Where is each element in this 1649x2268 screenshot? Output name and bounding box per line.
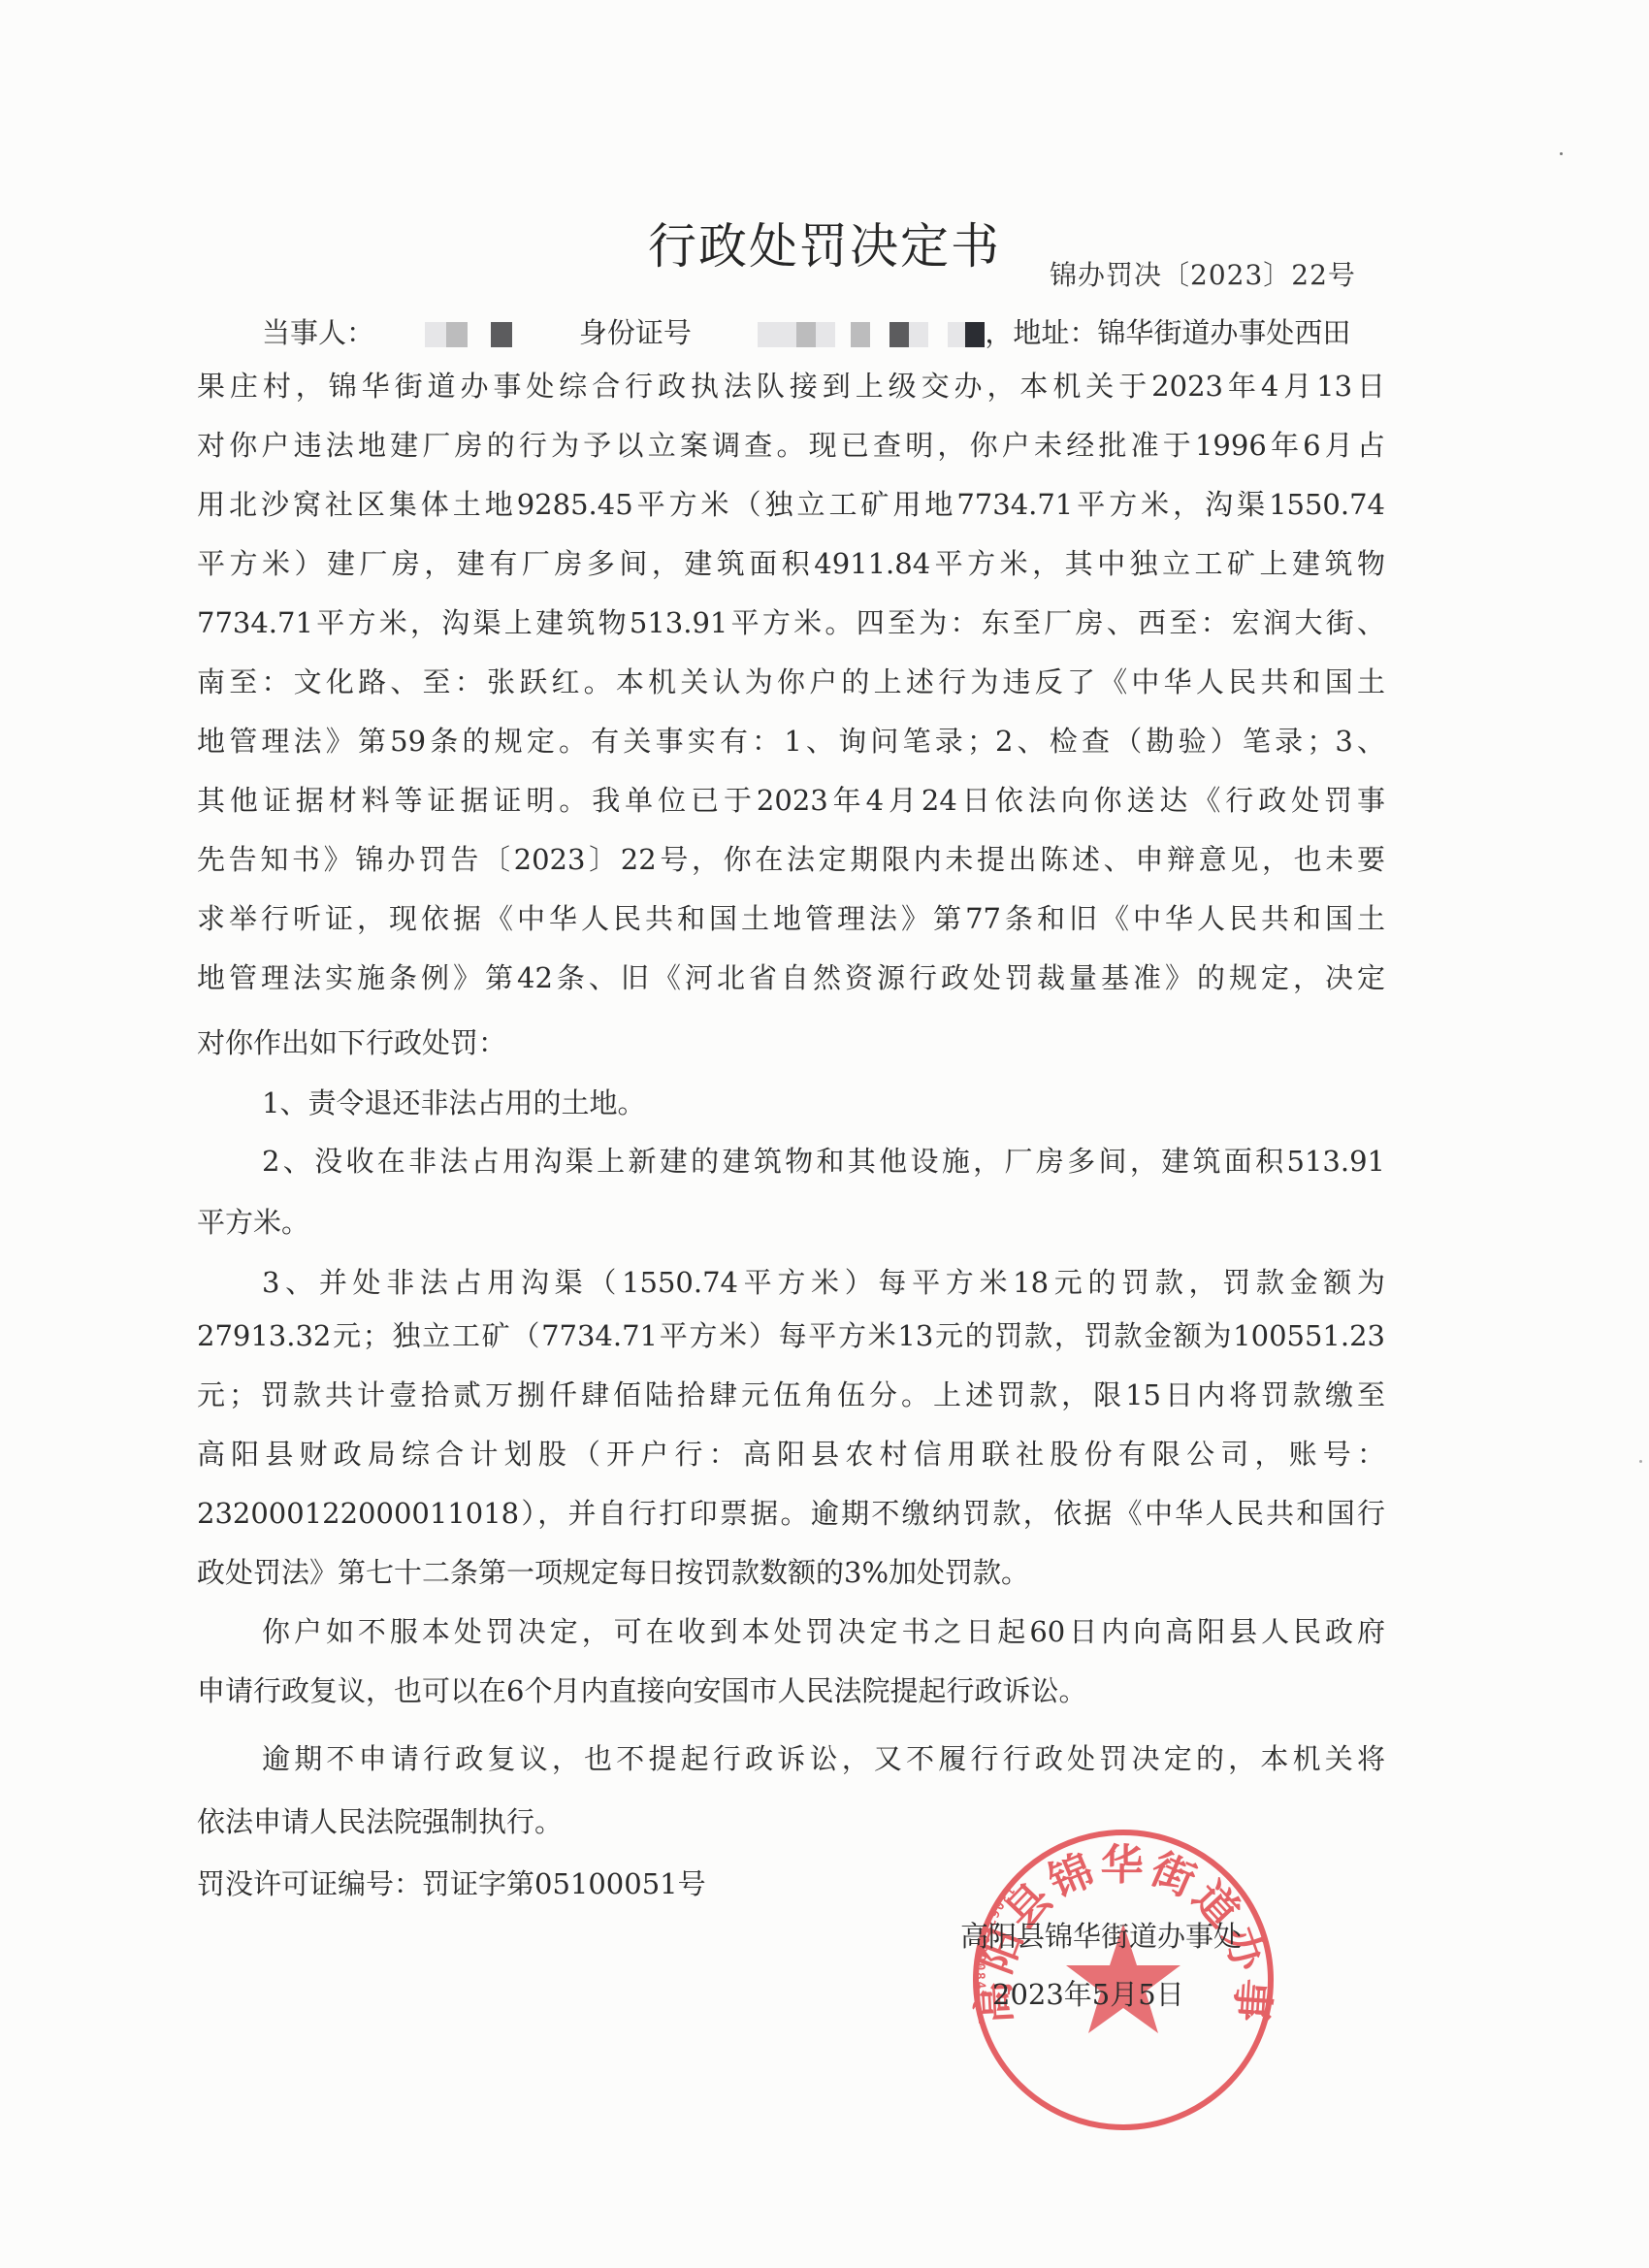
issue-date: 2023年5月5日 [992,1973,1184,2013]
appeal-text: 你户如不服本处罚决定，可在收到本处罚决定书之日起60日内向高阳县人民政府 [262,1614,1385,1649]
penalty-item-3-cont: 27913.32元；独立工矿（7734.71平方米）每平方米13元的罚款，罚款金… [197,1318,1385,1353]
penalty-item-3-cont: 232000122000011018），并自行打印票据。逾期不缴纳罚款，依据《中… [197,1496,1385,1531]
redacted-id-part [851,322,870,347]
redacted-name-part [446,322,468,347]
penalty-item-2-cont: 平方米。 [197,1205,1385,1240]
redacted-id-part [965,322,985,347]
redacted-id [758,322,796,347]
body-line: 用北沙窝社区集体土地9285.45平方米（独立工矿用地7734.71平方米，沟渠… [197,487,1385,522]
appeal-text-cont: 申请行政复议，也可以在6个月内直接向安国市人民法院提起行政诉讼。 [197,1673,1385,1708]
document-title: 行政处罚决定书 [0,208,1649,277]
body-line: 南至：文化路、至：张跃红。本机关认为你户的上述行为违反了《中华人民共和国土 [197,664,1385,699]
redacted-id-part [796,322,816,347]
redacted-id-part [816,322,835,347]
issuing-authority: 高阳县锦华街道办事处 [960,1915,1242,1955]
body-line: 地管理法实施条例》第42条、旧《河北省自然资源行政处罚裁量基准》的规定，决定 [197,960,1385,995]
penalty-item-1: 1、责令退还非法占用的土地。 [262,1085,1385,1120]
scan-speck [1639,1460,1642,1463]
body-line: 先告知书》锦办罚告〔2023〕22号，你在法定期限内未提出陈述、申辩意见，也未要 [197,842,1385,877]
enforcement-text: 逾期不申请行政复议，也不提起行政诉讼，又不履行行政处罚决定的，本机关将 [262,1741,1385,1776]
body-line: 果庄村，锦华街道办事处综合行政执法队接到上级交办，本机关于2023年4月13日 [197,369,1385,404]
body-line: 求举行听证，现依据《中华人民共和国土地管理法》第77条和旧《中华人民共和国土 [197,901,1385,936]
redacted-name-part [491,322,512,347]
body-line: 7734.71平方米，沟渠上建筑物513.91平方米。四至为：东至厂房、西至：宏… [197,605,1385,640]
redacted-id-part [889,322,909,347]
penalty-item-2: 2、没收在非法占用沟渠上新建的建筑物和其他设施，厂房多间，建筑面积513.91 [262,1144,1385,1179]
redacted-name [425,322,446,347]
redacted-id-part [948,322,965,347]
penalty-item-3: 3、并处非法占用沟渠（1550.74平方米）每平方米18元的罚款，罚款金额为 [262,1265,1385,1300]
document-page: 行政处罚决定书 锦办罚决〔2023〕22号 当事人： 身份证号 ，地址：锦华街道… [0,0,1649,2268]
body-line: 地管理法》第59条的规定。有关事实有：1、询问笔录；2、检查（勘验）笔录；3、 [197,724,1385,759]
body-line: 对你作出如下行政处罚： [197,1025,1385,1060]
penalty-item-3-cont: 政处罚法》第七十二条第一项规定每日按罚款数额的3%加处罚款。 [197,1555,1385,1590]
document-number: 锦办罚决〔2023〕22号 [1050,254,1356,293]
redacted-id-part [909,322,928,347]
scan-speck [1560,152,1563,155]
penalty-item-3-cont: 高阳县财政局综合计划股（开户行：高阳县农村信用联社股份有限公司，账号： [197,1437,1385,1472]
party-line: 当事人： 身份证号 ，地址：锦华街道办事处西田 [262,315,1385,350]
id-label: 身份证号 [579,316,692,349]
body-line: 其他证据材料等证据证明。我单位已于2023年4月24日依法向你送达《行政处罚事 [197,783,1385,818]
scan-speck [1026,907,1029,910]
address-text: ，地址：锦华街道办事处西田 [985,316,1350,349]
body-line: 平方米）建厂房，建有厂房多间，建筑面积4911.84平方米，其中独立工矿上建筑物 [197,546,1385,581]
penalty-item-3-cont: 元；罚款共计壹拾贰万捌仟肆佰陆拾肆元伍角伍分。上述罚款，限15日内将罚款缴至 [197,1377,1385,1412]
body-line: 对你户违法地建厂房的行为予以立案调查。现已查明，你户未经批准于1996年6月占 [197,428,1385,463]
party-label: 当事人： [262,316,374,349]
